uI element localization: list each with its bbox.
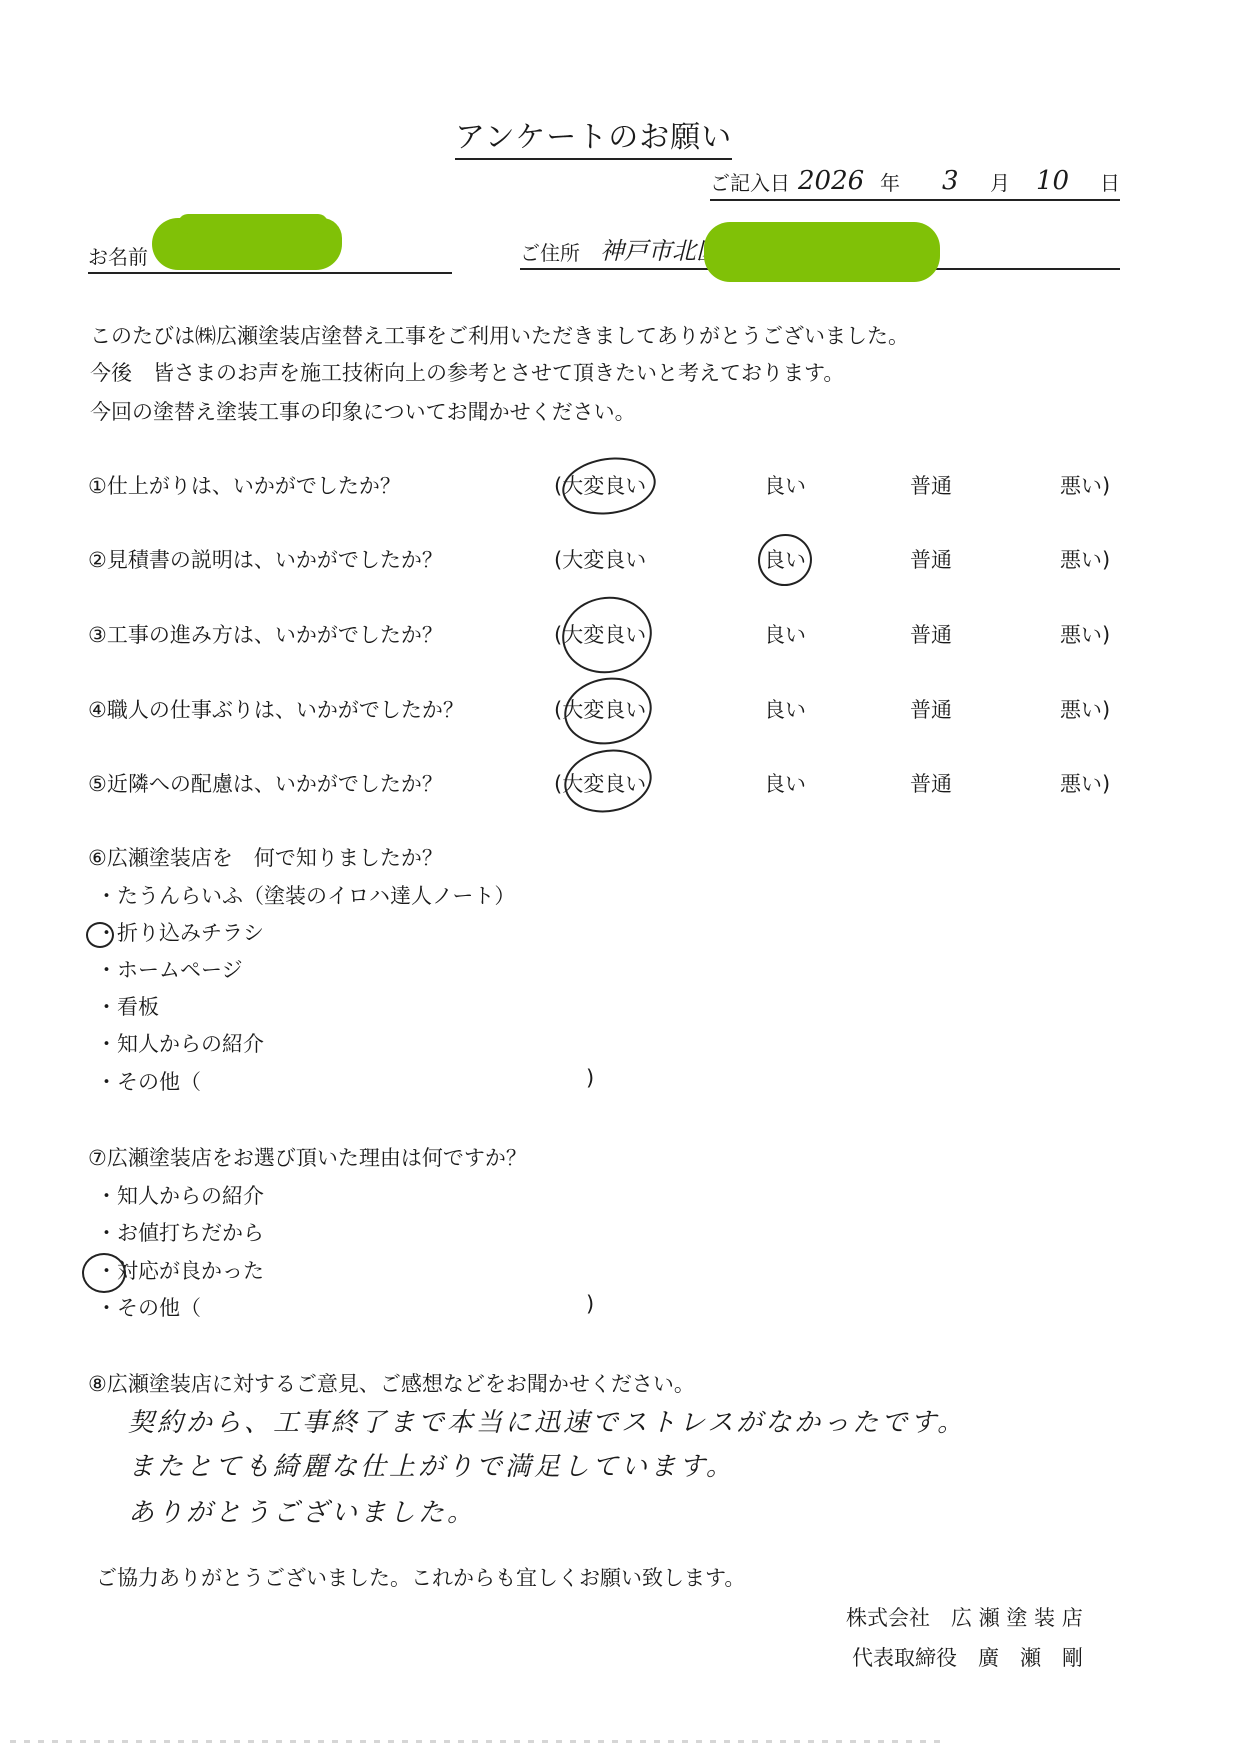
- rating-question-2: ②見積書の説明は、いかがでしたか？ (大変良い 良い 普通 悪い): [88, 540, 1128, 576]
- question-label: ①仕上がりは、いかがでしたか？: [88, 470, 401, 500]
- rating-question-4: ④職人の仕事ぶりは、いかがでしたか？ (大変良い 良い 普通 悪い): [88, 690, 1128, 726]
- option-bad[interactable]: 悪い): [1060, 619, 1110, 649]
- representative-name: 代表取締役 廣 瀬 剛: [852, 1642, 1083, 1672]
- date-month[interactable]: 3: [942, 166, 959, 196]
- q6-option-referral[interactable]: ・知人からの紹介: [96, 1028, 264, 1058]
- option-good[interactable]: 良い: [764, 694, 806, 724]
- option-very-good[interactable]: (大変良い: [554, 544, 646, 574]
- rating-question-3: ③工事の進み方は、いかがでしたか？ (大変良い 良い 普通 悪い): [88, 615, 1128, 651]
- question-label: ⑤近隣への配慮は、いかがでしたか？: [88, 768, 443, 798]
- selection-circle: [559, 743, 656, 819]
- address-redaction: [704, 222, 940, 282]
- option-average[interactable]: 普通: [910, 694, 952, 724]
- comment-line-2: またとても綺麗な仕上がりで満足しています。: [128, 1446, 735, 1483]
- selection-circle: [82, 1253, 126, 1293]
- closing-message: ご協力ありがとうございました。これからも宜しくお願い致します。: [96, 1562, 745, 1592]
- year-unit: 年: [880, 167, 900, 196]
- date-field: ご記入日 2026 年 3 月 10 日: [710, 165, 1120, 201]
- option-bad[interactable]: 悪い): [1060, 768, 1110, 798]
- q6-label: ⑥広瀬塗装店を 何で知りましたか？: [88, 842, 443, 872]
- q6-other-close-paren: ): [586, 1066, 594, 1090]
- option-good[interactable]: 良い: [764, 470, 806, 500]
- selection-circle: [754, 530, 816, 591]
- q6-option-signboard[interactable]: ・看板: [96, 991, 159, 1021]
- date-year[interactable]: 2026: [798, 166, 864, 196]
- q6-option-flyer[interactable]: ・折り込みチラシ: [96, 917, 264, 947]
- intro-line-3: 今回の塗替え塗装工事の印象についてお聞かせください。: [90, 396, 636, 426]
- intro-line-1: このたびは㈱広瀬塗装店塗替え工事をご利用いただきましてありがとうございました。: [90, 320, 909, 350]
- company-name: 株式会社 広 瀬 塗 装 店: [846, 1602, 1083, 1632]
- q7-option-referral[interactable]: ・知人からの紹介: [96, 1180, 264, 1210]
- question-label: ②見積書の説明は、いかがでしたか？: [88, 544, 443, 574]
- option-average[interactable]: 普通: [910, 768, 952, 798]
- address-value: 神戸市北区: [600, 231, 720, 266]
- q7-option-value[interactable]: ・お値打ちだから: [96, 1217, 264, 1247]
- question-label: ④職人の仕事ぶりは、いかがでしたか？: [88, 694, 464, 724]
- selection-circle: [86, 922, 114, 948]
- rating-question-1: ①仕上がりは、いかがでしたか？ (大変良い 良い 普通 悪い): [88, 466, 1128, 502]
- question-label: ③工事の進み方は、いかがでしたか？: [88, 619, 443, 649]
- selection-circle: [559, 452, 660, 521]
- name-label: お名前: [88, 241, 148, 270]
- q6-option-other[interactable]: ・その他（: [96, 1066, 201, 1096]
- option-good[interactable]: 良い: [764, 619, 806, 649]
- option-bad[interactable]: 悪い): [1060, 544, 1110, 574]
- q7-label: ⑦広瀬塗装店をお選び頂いた理由は何ですか？: [88, 1142, 527, 1172]
- q7-other-close-paren: ): [586, 1292, 594, 1316]
- date-label: ご記入日: [710, 167, 790, 196]
- option-average[interactable]: 普通: [910, 544, 952, 574]
- q6-option-townlife[interactable]: ・たうんらいふ（塗装のイロハ達人ノート）: [96, 880, 515, 910]
- selection-circle: [556, 590, 658, 680]
- survey-title: アンケートのお願い: [455, 112, 732, 160]
- address-label: ご住所: [520, 237, 580, 266]
- q8-label: ⑧広瀬塗装店に対するご意見、ご感想などをお聞かせください。: [88, 1368, 695, 1398]
- comment-line-3: ありがとうございました。: [128, 1492, 476, 1529]
- comment-line-1: 契約から、工事終了まで本当に迅速でストレスがなかったです。: [128, 1402, 966, 1439]
- option-bad[interactable]: 悪い): [1060, 470, 1110, 500]
- day-unit: 日: [1100, 167, 1120, 196]
- rating-question-5: ⑤近隣への配慮は、いかがでしたか？ (大変良い 良い 普通 悪い): [88, 764, 1128, 800]
- option-bad[interactable]: 悪い): [1060, 694, 1110, 724]
- month-unit: 月: [990, 167, 1010, 196]
- q7-option-other[interactable]: ・その他（: [96, 1292, 201, 1322]
- name-redaction-top: [178, 214, 328, 234]
- scan-artifact: [10, 1740, 940, 1743]
- option-good[interactable]: 良い: [764, 768, 806, 798]
- q6-option-homepage[interactable]: ・ホームページ: [96, 954, 243, 984]
- option-average[interactable]: 普通: [910, 619, 952, 649]
- intro-line-2: 今後 皆さまのお声を施工技術向上の参考とさせて頂きたいと考えております。: [90, 357, 844, 387]
- option-average[interactable]: 普通: [910, 470, 952, 500]
- date-day[interactable]: 10: [1036, 166, 1069, 196]
- selection-circle: [559, 671, 657, 751]
